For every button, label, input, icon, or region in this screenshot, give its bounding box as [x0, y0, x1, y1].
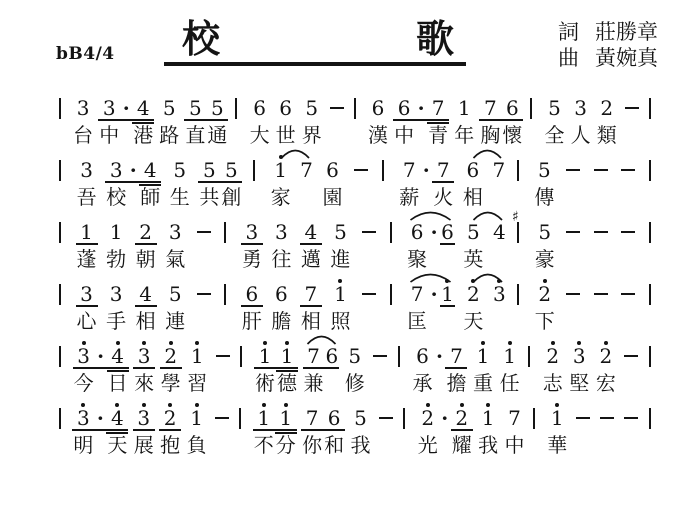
lyric-char: [423, 187, 429, 208]
lyric-char: 連: [165, 311, 185, 332]
lyric-char: [418, 125, 424, 146]
lyric-char: 不: [254, 435, 274, 456]
lyric-char: [224, 311, 230, 332]
note-glyph: 5: [211, 98, 224, 118]
note-cell: 2學: [160, 333, 182, 394]
lyric-char: [436, 373, 442, 394]
note-unit: 4相: [135, 271, 157, 332]
lyric-char: 青: [428, 125, 448, 146]
lyric-char: 宏: [596, 373, 616, 394]
note-cell: 3氣: [164, 209, 186, 270]
note-unit: 2天: [462, 271, 484, 332]
note-unit: [232, 85, 244, 146]
barline: [649, 408, 651, 429]
note-glyph: [647, 284, 657, 304]
note-cell: 7你: [301, 395, 323, 456]
note-glyph: 1: [257, 408, 270, 428]
beam-underline-1: [591, 305, 611, 307]
barline: [530, 98, 532, 119]
note-glyph: 2: [164, 408, 177, 428]
note-unit: [591, 147, 611, 208]
lyric-char: 中: [504, 435, 524, 456]
dash-note-cell: [597, 395, 617, 456]
lyric-char: 修: [345, 373, 365, 394]
lyric-char: [625, 311, 631, 332]
note-glyph: [222, 222, 232, 242]
lyricist-name: 莊勝章: [595, 20, 658, 46]
lyric-char: 擔: [446, 373, 466, 394]
note-glyph: ·: [429, 284, 439, 304]
note-glyph: [592, 160, 610, 180]
note-glyph: [396, 346, 406, 366]
dot-note-cell: ·: [420, 147, 432, 208]
note-glyph: ·: [121, 98, 131, 118]
beam-underline-1: [514, 243, 526, 245]
lyric-char: 師: [140, 187, 160, 208]
note-glyph: 1: [274, 160, 287, 180]
note-cell: 5生: [169, 147, 191, 208]
lyric-char: 進: [330, 249, 350, 270]
note-unit: [359, 209, 379, 270]
lyric-char: [528, 373, 534, 394]
lyric-char: 世: [276, 125, 296, 146]
lyric-char: 相: [463, 187, 483, 208]
notes-row: 3明·4天3展2抱1負1不1分7你6和5我2光·2耀1我7中1華: [56, 395, 658, 456]
note-unit: 6世: [275, 85, 297, 146]
barline-cell: [527, 85, 539, 146]
barline: [59, 222, 61, 243]
barline-cell: [646, 85, 658, 146]
note-unit: 6大: [249, 85, 271, 146]
note-glyph: 3: [77, 408, 90, 428]
lyric-char: 你: [302, 435, 322, 456]
note-cell: 1照: [329, 271, 351, 332]
note-unit: [387, 271, 399, 332]
barline: [235, 98, 237, 119]
note-glyph: 5: [189, 98, 202, 118]
note-cell: 5修: [344, 333, 366, 394]
note-glyph: ·: [421, 160, 431, 180]
lyric-char: [201, 311, 207, 332]
score: 3台3中·4港5路5直5通6大6世5界6漢6中·7青1年7胸6懷5全3人2類3吾…: [56, 85, 658, 457]
lyric-char: [377, 373, 383, 394]
lyric-char: 創: [221, 187, 241, 208]
note-glyph: 7: [306, 408, 319, 428]
note-glyph: [647, 222, 657, 242]
lyric-char: 全: [545, 125, 565, 146]
beam-underline-1: [212, 429, 232, 431]
note-unit: 7中: [503, 395, 525, 456]
note-glyph: [564, 284, 582, 304]
page-title: 校 歌: [164, 18, 466, 66]
note-unit: 1不1分: [253, 395, 297, 456]
lyric-char: [390, 311, 396, 332]
note-glyph: [388, 284, 398, 304]
dash-note-cell: [351, 147, 371, 208]
barline: [403, 408, 405, 429]
note-glyph: [360, 284, 378, 304]
dash-note-cell: [618, 209, 638, 270]
note-unit: [351, 85, 363, 146]
note-cell: 6承: [411, 333, 433, 394]
note-cell: 5全: [544, 85, 566, 146]
lyric-char: 直: [185, 125, 205, 146]
beam-underline-1: [563, 305, 583, 307]
barline-cell: [646, 271, 658, 332]
barline-cell: [387, 209, 399, 270]
note-cell: 5傳: [533, 147, 555, 208]
note-glyph: 6: [506, 98, 519, 118]
beam-underline-2: [597, 432, 617, 434]
note-unit: 3校·4師: [105, 147, 161, 208]
note-glyph: [214, 346, 232, 366]
note-glyph: [195, 284, 213, 304]
note-cell: 6膽: [270, 271, 292, 332]
dash-note-cell: [376, 395, 396, 456]
note-glyph: 1: [110, 222, 123, 242]
dash-note-cell: [591, 271, 611, 332]
note-glyph: ·: [429, 222, 439, 242]
note-glyph: 1: [279, 408, 292, 428]
note-unit: [573, 395, 593, 456]
beam-underline-1: [646, 367, 658, 369]
lyric-char: 耀: [452, 435, 472, 456]
note-unit: 3人: [570, 85, 592, 146]
note-glyph: [623, 98, 641, 118]
note-cell: 3展: [133, 395, 155, 456]
note-glyph: [574, 408, 592, 428]
beam-underline-2: [194, 246, 214, 248]
note-glyph: [647, 346, 657, 366]
note-cell: 7匡: [406, 271, 428, 332]
note-glyph: 4: [144, 160, 157, 180]
beam-underline-1: [646, 305, 658, 307]
lyric-char: [649, 125, 655, 146]
dash-line: [621, 169, 635, 171]
note-unit: 1照: [329, 271, 351, 332]
lyric-char: 德: [277, 373, 297, 394]
note-glyph: [57, 98, 67, 118]
note-unit: [400, 395, 412, 456]
dash-line: [594, 231, 608, 233]
barline-cell: [221, 271, 233, 332]
note-glyph: [251, 160, 261, 180]
note-unit: 6園: [321, 147, 343, 208]
note-glyph: 6: [279, 98, 292, 118]
note-glyph: [222, 284, 232, 304]
barline: [649, 160, 651, 181]
note-glyph: 7: [484, 98, 497, 118]
dot-note-cell: ·: [433, 333, 445, 394]
lyric-char: [431, 311, 437, 332]
lyric-char: 匡: [407, 311, 427, 332]
note-glyph: 7: [450, 346, 463, 366]
barline: [224, 284, 226, 305]
note-unit: [563, 209, 583, 270]
note-glyph: 1: [482, 408, 495, 428]
lyric-char: 勃: [106, 249, 126, 270]
note-glyph: 6: [326, 160, 339, 180]
note-unit: [646, 209, 658, 270]
lyric-char: 生: [170, 187, 190, 208]
note-unit: 5共5創: [198, 147, 242, 208]
lyric-char: 薪: [399, 187, 419, 208]
barline: [59, 408, 61, 429]
score-line: 3今·4日3來2學1習1術1德7兼65修6承·7擔1重1任2志3堅2宏: [56, 333, 658, 395]
lyric-char: [130, 187, 136, 208]
lyric-char: 中: [99, 125, 119, 146]
notes-row: 1蓬1勃2朝3氣3勇3往4邁5進6聚·65英4♯5豪: [56, 209, 658, 270]
note-glyph: 7: [432, 98, 445, 118]
beam-underline-2: [232, 122, 244, 124]
lyric-char: [59, 187, 65, 208]
barline: [354, 98, 356, 119]
lyric-char: 吾: [77, 187, 97, 208]
note-unit: 3展: [133, 395, 155, 456]
note-unit: [514, 271, 526, 332]
composer-label: 曲: [558, 46, 579, 72]
lyric-char: 展: [134, 435, 154, 456]
note-glyph: 7: [492, 160, 505, 180]
dash-note-cell: [591, 209, 611, 270]
barline: [517, 284, 519, 305]
note-unit: 3氣: [164, 209, 186, 270]
barline-cell: [646, 395, 658, 456]
note-glyph: [57, 284, 67, 304]
note-glyph: 5: [334, 222, 347, 242]
score-line: 3台3中·4港5路5直5通6大6世5界6漢6中·7青1年7胸6懷5全3人2類: [56, 85, 658, 147]
lyricist-row: 詞 莊勝章: [558, 20, 658, 46]
note-glyph: 1: [477, 346, 490, 366]
note-cell: 5豪: [534, 209, 556, 270]
note-glyph: [647, 408, 657, 428]
beam-underline-2: [395, 370, 407, 372]
beam-underline-2: [56, 370, 68, 372]
barline-cell: [56, 395, 68, 456]
note-glyph: 1: [190, 408, 203, 428]
note-unit: 5生: [169, 147, 191, 208]
note-cell: 4邁: [300, 209, 322, 270]
beam-underline-2: [563, 184, 583, 186]
beam-underline-2: [525, 370, 537, 372]
note-cell: 3台: [72, 85, 94, 146]
note-glyph: [622, 346, 640, 366]
note-unit: [395, 333, 407, 394]
note-unit: 5路: [158, 85, 180, 146]
note-cell: 2下: [534, 271, 556, 332]
header: bB4/4 校 歌 詞 莊勝章 曲 黃婉真: [56, 16, 658, 71]
note-unit: 7匡·1: [406, 271, 455, 332]
lyric-char: [59, 373, 65, 394]
note-glyph: 6: [466, 160, 479, 180]
note-cell: 3: [492, 271, 507, 332]
lyric-char: 任: [500, 373, 520, 394]
beam-underline-2: [370, 370, 390, 372]
note-glyph: [622, 408, 640, 428]
beam-underline-1: [237, 367, 249, 369]
note-unit: [525, 333, 537, 394]
note-cell: 2志: [542, 333, 564, 394]
lyric-char: [329, 373, 335, 394]
lyric-char: 朝: [136, 249, 156, 270]
note-unit: 7相: [300, 271, 322, 332]
dash-line: [215, 417, 229, 419]
note-glyph: 1: [281, 346, 294, 366]
note-glyph: [528, 98, 538, 118]
dot-note-cell: ·: [428, 271, 440, 332]
beam-underline-1: [563, 181, 583, 183]
composer-row: 曲 黃婉真: [558, 46, 658, 72]
beam-underline-2: [618, 246, 638, 248]
beam-underline-2: [527, 122, 539, 124]
dash-note-cell: [591, 147, 611, 208]
lyric-char: [97, 435, 103, 456]
lyric-char: [649, 187, 655, 208]
note-unit: 7胸6懷: [479, 85, 523, 146]
beam-underline-2: [492, 308, 507, 310]
dash-note-cell: [359, 209, 379, 270]
note-unit: 5進: [329, 209, 351, 270]
note-unit: [56, 333, 68, 394]
lyric-char: 中: [394, 125, 414, 146]
beam-underline-1: [250, 181, 262, 183]
beam-underline-2: [415, 122, 427, 124]
beam-underline-1: [194, 243, 214, 245]
lyric-char: [398, 373, 404, 394]
note-unit: 7: [299, 147, 314, 208]
note-unit: 2類: [596, 85, 618, 146]
beam-underline-1: [395, 367, 407, 369]
note-glyph: ·: [95, 408, 105, 428]
note-unit: 7兼6: [303, 333, 340, 394]
note-unit: 3中·4港: [98, 85, 154, 146]
beam-underline-2: [433, 370, 445, 372]
notes-row: 3吾3校·4師5生5共5創1家76園7薪·7火6相75傳: [56, 147, 658, 208]
beam-underline-1: [646, 181, 658, 183]
lyric-char: 膽: [271, 311, 291, 332]
beam-underline-2: [94, 432, 106, 434]
note-glyph: [531, 408, 541, 428]
note-glyph: ·: [440, 408, 450, 428]
beam-underline-2: [250, 184, 262, 186]
note-unit: [530, 395, 542, 456]
lyric-char: [533, 435, 539, 456]
beam-underline-2: [56, 122, 68, 124]
sheet-music-page: bB4/4 校 歌 詞 莊勝章 曲 黃婉真 3台3中·4港5路5直5通6大6世5…: [0, 0, 700, 521]
notes-row: 3台3中·4港5路5直5通6大6世5界6漢6中·7青1年7胸6懷5全3人2類: [56, 85, 658, 146]
lyric-char: [59, 125, 65, 146]
lyric-char: [442, 435, 448, 456]
note-glyph: 2: [467, 284, 480, 304]
note-glyph: 7: [437, 160, 450, 180]
barline: [390, 222, 392, 243]
note-unit: [56, 395, 68, 456]
beam-underline-1: [351, 181, 371, 183]
note-unit: [194, 271, 214, 332]
beam-underline-1: [530, 429, 542, 431]
note-glyph: [328, 98, 346, 118]
note-glyph: [401, 408, 411, 428]
lyric-char: [598, 249, 604, 270]
beam-underline-2: [56, 184, 68, 186]
note-unit: 3往: [270, 209, 292, 270]
note-glyph: 2: [600, 98, 613, 118]
dot-note-cell: ·: [439, 395, 451, 456]
note-unit: 5修: [344, 333, 366, 394]
lyric-char: [239, 435, 245, 456]
note-cell: 2耀: [451, 395, 473, 456]
note-glyph: 3: [80, 284, 93, 304]
note-unit: [359, 271, 379, 332]
note-unit: 1家: [270, 147, 292, 208]
lyric-char: [598, 311, 604, 332]
note-glyph: 4: [111, 408, 124, 428]
beam-underline-1: [573, 429, 593, 431]
note-glyph: [380, 160, 390, 180]
note-glyph: 5: [348, 346, 361, 366]
beam-underline-1: [359, 305, 379, 307]
barline-cell: [387, 271, 399, 332]
dash-note-cell: [618, 271, 638, 332]
note-glyph: 5: [169, 284, 182, 304]
note-glyph: 6: [416, 346, 429, 366]
beam-underline-2: [236, 432, 248, 434]
lyric-char: 明: [73, 435, 93, 456]
note-unit: 6中·7青: [393, 85, 449, 146]
beam-underline-2: [621, 370, 641, 372]
lyric-char: 港: [133, 125, 153, 146]
lyric-char: 路: [159, 125, 179, 146]
beam-underline-2: [237, 370, 249, 372]
note-unit: 6相: [462, 147, 484, 208]
note-unit: [618, 147, 638, 208]
barline: [382, 160, 384, 181]
beam-underline-1: [56, 429, 68, 431]
note-glyph: 4: [139, 284, 152, 304]
note-glyph: [515, 160, 525, 180]
lyric-char: 勇: [242, 249, 262, 270]
lyric-char: 通: [207, 125, 227, 146]
note-cell: 4♯: [492, 209, 507, 270]
lyric-char: [517, 311, 523, 332]
note-unit: [327, 85, 347, 146]
note-glyph: 1: [80, 222, 93, 242]
note-unit: 2下: [534, 271, 556, 332]
beam-underline-1: [194, 305, 214, 307]
note-glyph: 5: [163, 98, 176, 118]
beam-underline-1: [56, 181, 68, 183]
beam-underline-2: [530, 432, 542, 434]
note-glyph: 3: [103, 98, 116, 118]
note-glyph: [592, 284, 610, 304]
note-glyph: 5: [548, 98, 561, 118]
lyric-char: 抱: [160, 435, 180, 456]
title-char-right: 歌: [416, 18, 454, 60]
note-glyph: 7: [307, 346, 320, 366]
note-unit: 7你6和: [301, 395, 345, 456]
barline: [240, 346, 242, 367]
dash-line: [594, 293, 608, 295]
barline: [528, 346, 530, 367]
note-glyph: 6: [372, 98, 385, 118]
note-cell: 4天: [106, 395, 128, 456]
note-cell: 7中: [503, 395, 525, 456]
lyric-char: [224, 249, 230, 270]
note-unit: 1蓬: [76, 209, 98, 270]
note-cell: 1年: [453, 85, 475, 146]
note-glyph: 5: [538, 160, 551, 180]
note-unit: 4♯: [492, 209, 507, 270]
